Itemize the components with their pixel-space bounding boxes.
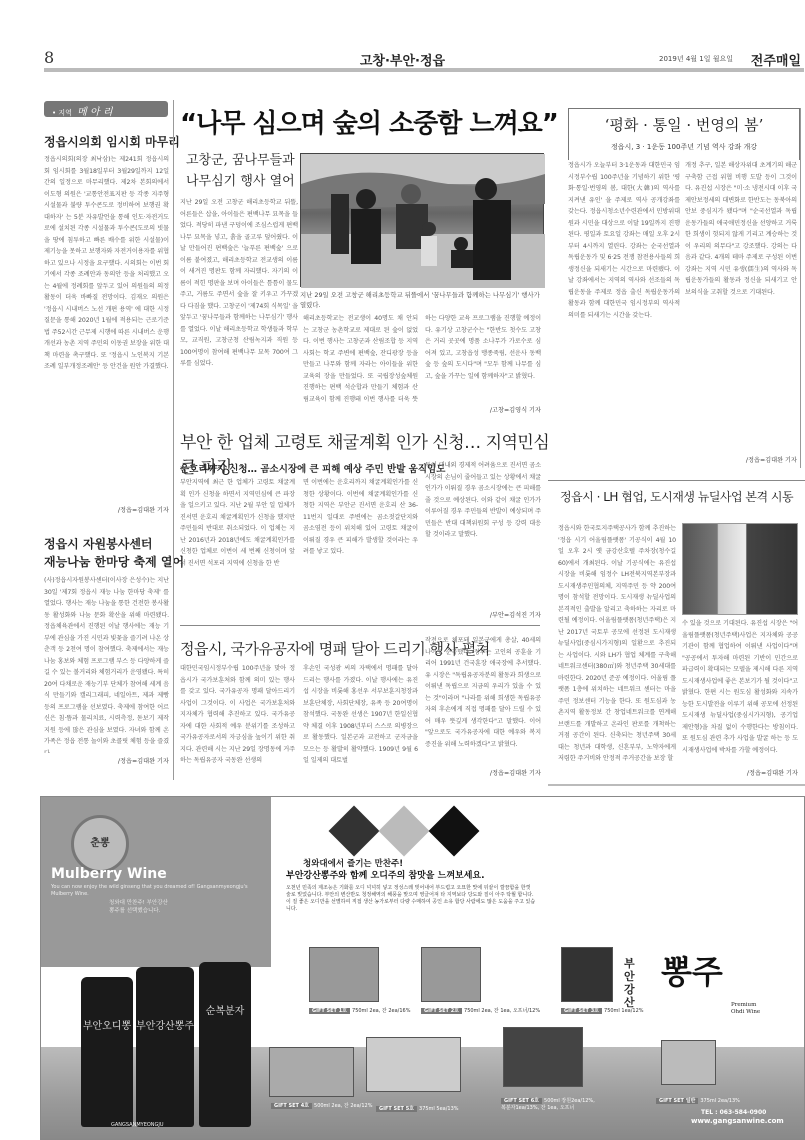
gift-set-spec: 750ml 2ea, 잔 2ea/16% <box>352 1008 410 1014</box>
byline-kaolin: /부안=김석진 기자 <box>425 610 541 619</box>
column-divider <box>173 100 174 780</box>
ad-product-desc: You can now enjoy the wild ginseng that … <box>51 884 251 898</box>
byline-council: /정읍=김대완 기자 <box>44 505 169 514</box>
gift-set-badge-diamond <box>429 806 480 857</box>
gift-set-6: GIFT SET 6호500ml 장원2ea/12%, 복분자1ea/13%, … <box>501 1097 601 1111</box>
article-title-volunteer-2: 재능나눔 한마당 축제 열어 <box>44 553 184 571</box>
ad-body-copy: 오천년 민족의 제조능은 기화를 오디 넉넉히 넣고 정성스레 빚어내어 부드럽… <box>286 885 536 913</box>
mulberry-wine-ad: 춘뽕 Mulberry Wine You can now enjoy the w… <box>40 796 805 1140</box>
bottle-odi: 부안오디뽕 <box>81 977 133 1127</box>
section-divider <box>180 625 540 626</box>
gift-box-7 <box>661 1040 716 1085</box>
middle-body-col3: 특히 대내외 경제적 어려움으로 진서면 곰소시장의 손님이 줄어들고 있는 상… <box>425 460 541 610</box>
byline-lh: /정읍=김대완 기자 <box>682 768 798 777</box>
byline-volunteer: /정읍=김대완 기자 <box>44 756 169 765</box>
history-body-col1: 정읍시가 오늘부터 3·1운동과 대한민국 임시정부수립 100주년을 기념하기… <box>568 160 680 460</box>
lh-top-rule <box>548 480 805 481</box>
gift-set-5: GIFT SET 5호375ml 5ea/13% <box>376 1105 459 1112</box>
top-subhead-2: 나무심기 행사 열어 <box>186 171 295 192</box>
gift-set-label: GIFT SET 5호 <box>376 1106 417 1112</box>
fruit-photo-diamond <box>379 806 430 857</box>
header-rule <box>44 68 804 72</box>
middle-body-col1: 부안지역에 최근 한 업체가 고령토 채굴계획 인가 신청을 하면서 지역민심에… <box>180 477 295 617</box>
top-body-col2: 해리초등학교는 전교생이 40명도 채 안되는 고창군 농촌학교로 제대로 된 … <box>303 313 418 405</box>
lh-body-col2: 수 있을 것으로 기대된다. 유진섭 시장은 "어울림플랫폼(청년주택)사업은 … <box>682 618 798 768</box>
gift-set-2: GIFT SET 2호750ml 2ea, 잔 1ea, 오프너/12% <box>421 1007 540 1014</box>
gift-set-label: GIFT SET 일반 <box>656 1098 698 1104</box>
photo-people-silhouettes <box>301 154 545 288</box>
issue-date: 2019년 4월 1일 월요일 <box>659 54 733 64</box>
gift-set-1: GIFT SET 1호750ml 2ea, 잔 2ea/16% <box>309 1007 410 1014</box>
gift-set-spec: 750ml 2ea, 잔 1ea, 오프너/12% <box>464 1008 540 1014</box>
top-body-col3: 하는 다양한 교육 프로그램을 진행할 예정이다. 유기상 고창군수는 "한반도… <box>425 313 541 393</box>
gift-set-3: GIFT SET 3호750ml 1ea/12% <box>561 1007 644 1014</box>
brand-sub-2: Ohdi Wine <box>731 1009 760 1016</box>
article-body-volunteer: (사)정읍시자원봉사센터(이사장 은성수)는 지난 30일 '제7회 정읍시 재… <box>44 575 169 753</box>
apartment-building-photo <box>682 523 798 615</box>
middle-body-col2: 면 이번에는 운호리까지 채굴계획인가를 신청한 상황이다. 이번에 채굴계획인… <box>303 477 418 617</box>
patriot-body-col1: 대한민국임시정부수립 100주년을 맞아 정읍시가 국가보훈처와 함께 의미 있… <box>180 663 295 781</box>
lh-headline: 정읍시 · LH 협업, 도시재생 뉴딜사업 본격 시동 <box>560 488 793 505</box>
ad-mascot-logo: 춘뽕 <box>71 815 129 873</box>
lh-bottom-rule <box>548 784 805 786</box>
byline-patriot: /정읍=김대완 기자 <box>425 768 541 777</box>
history-lecture-header: ‘평화 · 통일 · 번영의 봄’ 정읍시, 3 · 1운동 100주년 기념 … <box>568 108 800 160</box>
brand-sub-text: Premium Ohdi Wine <box>731 1002 760 1016</box>
gift-set-spec: 375ml 5ea/13% <box>419 1106 459 1112</box>
ad-award-text: 청와대 만찬주! 부안강산뽕주를 선택했습니다. <box>109 899 169 915</box>
gift-box-4 <box>269 1047 354 1097</box>
gift-box-6 <box>503 1027 583 1087</box>
gift-box-2 <box>421 947 481 1002</box>
brand-sub-1: Premium <box>731 1002 760 1009</box>
tree-planting-photo <box>300 153 544 287</box>
middle-subhead: 운호리까지 신청… 곰소시장에 큰 피해 예상 주민 반발 움직임도 <box>180 461 445 475</box>
patriot-body-col2: 후손인 국성광 씨의 자택에서 명패를 달아드리는 행사를 가졌다. 이날 행사… <box>303 663 418 781</box>
gift-set-spec: 750ml 1ea/12% <box>604 1008 644 1014</box>
tag-prefix: 지역 <box>58 109 72 117</box>
history-body-col2: 개정 추구, 일본 해상자위대 초계기의 해군 구축함 근접 위협 비행 도발 … <box>685 160 797 450</box>
tag-label: 메 아 리 <box>77 107 112 118</box>
article-title-council: 정읍시의회 임시회 마무리 <box>44 133 180 151</box>
photo-caption: 지난 29일 오전 고창군 해리초등학교 뒤뜰에서 '꿈나무들과 함께하는 나무… <box>300 290 544 310</box>
byline-history: /정읍=김대완 기자 <box>685 455 797 464</box>
history-lecture-subtitle: 정읍시, 3 · 1운동 100주년 기념 역사 강좌 개강 <box>569 142 799 152</box>
ad-tel: TEL : 063-584-0900 <box>701 1109 766 1116</box>
ad-website[interactable]: www.gangsanwine.com <box>691 1117 784 1125</box>
top-subhead-1: 고창군, 꿈나무들과 <box>186 150 295 171</box>
patriot-body-col3: 작전으로 체포돼 일본군에게 총살, 40세의 나이로 순국했다. 정부는 고인… <box>425 635 541 765</box>
lh-body-col1: 정읍시와 한국토지주택공사가 함께 추진하는 '정읍 시기 어울림플랫폼' 기공… <box>558 523 676 778</box>
gift-set-label: GIFT SET 3호 <box>561 1008 602 1014</box>
tag-bullet-icon: • <box>52 109 56 117</box>
top-headline: “나무 심으며 숲의 소중함 느껴요” <box>180 103 558 140</box>
gift-set-spec: 500ml 2ea, 잔 2ea/12% <box>314 1103 372 1109</box>
gift-box-1 <box>309 947 379 1002</box>
gift-set-label: GIFT SET 1호 <box>309 1008 350 1014</box>
ad-product-title: Mulberry Wine <box>51 866 167 882</box>
gift-set-7: GIFT SET 일반375ml 2ea/13% <box>656 1097 740 1104</box>
bottle-bokbunja: 순복분자 <box>199 962 251 1127</box>
brand-main-text: 뽕주 <box>661 947 723 993</box>
article-body-council: 정읍시의회(의장 최낙삼)는 제241회 정읍시의회 임시회를 3월18일부터 … <box>44 154 169 506</box>
brand-vertical-text: 부안강산 <box>624 957 636 1009</box>
gift-set-label: GIFT SET 4호 <box>271 1103 312 1109</box>
mulberry-photo-diamond <box>329 806 380 857</box>
article-title-volunteer-1: 정읍시 자원봉사센터 <box>44 535 153 553</box>
column-tag: • 지역 메 아 리 <box>44 101 168 117</box>
top-body-col1: 지난 29일 오전 고창군 해리초등학교 뒤뜰, 어른들은 삽을, 아이들은 편… <box>180 197 298 404</box>
ad-headline-2: 부안강산뽕주와 함께 오디주의 참맛을 느껴보세요. <box>286 868 485 881</box>
gift-set-label: GIFT SET 2호 <box>421 1008 462 1014</box>
maker-logo-text: GANGSANMYEONGJU <box>111 1122 164 1128</box>
bottle-gangsan: 부안강산뽕주 <box>136 967 194 1127</box>
history-lecture-title: ‘평화 · 통일 · 번영의 봄’ <box>569 114 799 135</box>
byline-tree: /고창=김영식 기자 <box>425 405 541 414</box>
gift-set-label: GIFT SET 6호 <box>501 1098 542 1104</box>
gift-box-5 <box>366 1037 461 1092</box>
gift-set-spec: 375ml 2ea/13% <box>700 1098 740 1104</box>
gift-set-4: GIFT SET 4호500ml 2ea, 잔 2ea/12% <box>271 1102 372 1109</box>
ad-brand-panel: 춘뽕 Mulberry Wine You can now enjoy the w… <box>41 797 271 967</box>
right-box-border <box>800 108 801 468</box>
gift-box-3 <box>561 947 613 1002</box>
newspaper-name: 전주매일 <box>751 50 801 69</box>
